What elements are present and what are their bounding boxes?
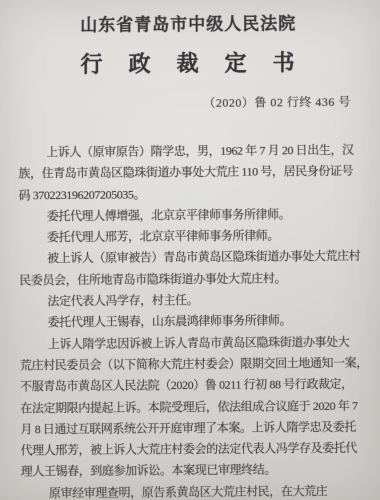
- body-line: 委托代理人邢芳，北京京平律师事务所律师。: [19, 225, 360, 249]
- body-line: 荒庄村民委员会（以下简称大荒庄村委会）限期交回土地通知一案，: [20, 353, 361, 377]
- court-name: 山东省青岛市中级人民法院: [0, 9, 378, 37]
- document-sheet: 山东省青岛市中级人民法院 行 政 裁 定 书 （2020）鲁 02 行终 436…: [0, 0, 380, 500]
- body-line: 在法定期限内提起上诉。本院受理后，依法组成合议庭于 2020 年 7: [20, 395, 361, 419]
- body-line: 委托代理人王锡春，山东晨鸿律师事务所律师。: [19, 310, 360, 334]
- body-line: 被上诉人（原审被告）青岛市黄岛区隐珠街道办事处大荒庄村: [19, 246, 360, 270]
- body-line: 上诉人隋学忠因诉被上诉人青岛市黄岛区隐珠街道办事处大: [20, 331, 361, 355]
- scanned-document-page: 山东省青岛市中级人民法院 行 政 裁 定 书 （2020）鲁 02 行终 436…: [0, 0, 380, 500]
- body-line: 月 8 日通过互联网系统公开开庭审理了本案。上诉人隋学忠及委托: [20, 417, 361, 441]
- body-line: 不服青岛市黄岛区人民法院（2020）鲁 0211 行初 88 号行政裁定，: [20, 374, 361, 398]
- document-body: 上诉人（原审原告）隋学忠，男，1962 年 7 月 20 日出生，汉 族，住青岛…: [0, 140, 380, 500]
- document-title: 行 政 裁 定 书: [0, 46, 379, 80]
- body-line: 理人王锡春，到庭参加诉讼。本案现已审理终结。: [21, 459, 362, 483]
- body-line: 原审经审理查明，原告系黄岛区大荒庄村民，在大荒庄: [21, 480, 362, 500]
- body-line: 族，住青岛市黄岛区隐珠街道办事处大荒庄 110 号，居民身份证号: [18, 161, 359, 185]
- body-line: 委托代理人傅增强，北京京平律师事务所律师。: [19, 204, 360, 228]
- case-number: （2020）鲁 02 行终 436 号: [0, 93, 379, 113]
- body-line: 法定代表人冯学存，村主任。: [19, 289, 360, 313]
- body-line: 上诉人（原审原告）隋学忠，男，1962 年 7 月 20 日出生，汉: [18, 140, 359, 164]
- body-line: 民委员会，住所地青岛市隐珠街道办事处大荒庄村。: [19, 267, 360, 291]
- body-line: 码 370223196207205035。: [18, 182, 359, 206]
- body-line: 代理人邢芳，被上诉人大荒庄村委会的法定代表人冯学存及委托代: [20, 438, 361, 462]
